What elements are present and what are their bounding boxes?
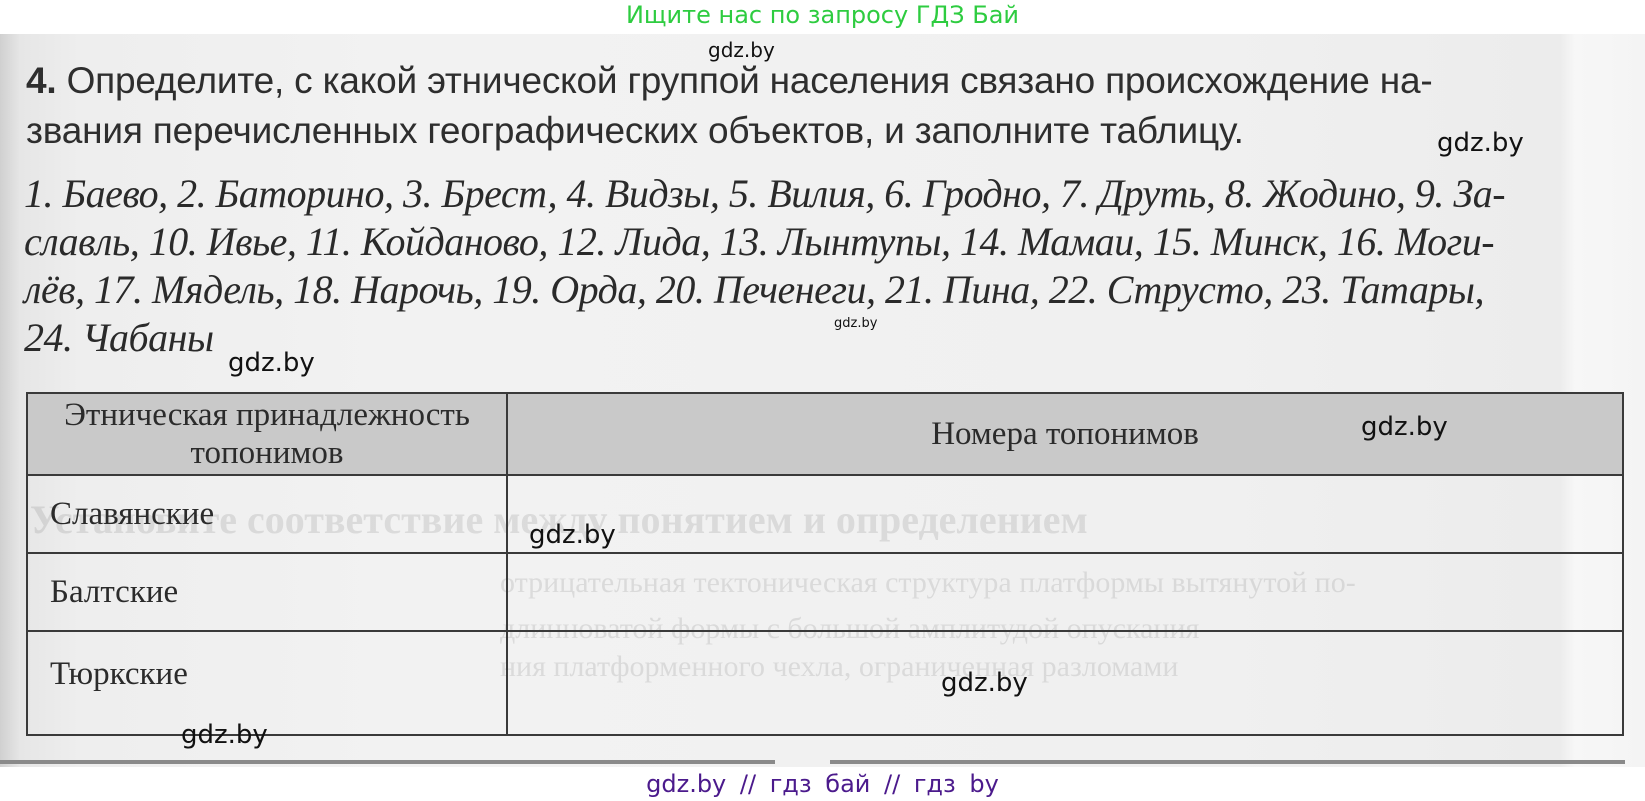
header-col1-line2: топонимов: [64, 434, 470, 472]
table-row: Балтские: [28, 554, 1622, 632]
watermark: gdz.by: [529, 520, 616, 550]
row-numbers-cell[interactable]: [508, 632, 1622, 734]
header-col1-line1: Этническая принадлежность: [64, 396, 470, 434]
watermark: gdz.by: [1437, 128, 1524, 158]
watermark: gdz.by: [834, 316, 877, 331]
toponym-list: 1. Баево, 2. Баторино, 3. Брест, 4. Видз…: [24, 170, 1634, 362]
answer-table: Этническая принадлежность топонимов Номе…: [26, 392, 1624, 736]
page-divider: [830, 760, 1625, 764]
search-prompt-text: Ищите нас по запросу ГДЗ Бай: [626, 1, 1019, 29]
watermark: gdz.by: [941, 668, 1028, 698]
watermark: gdz.by: [181, 720, 268, 750]
top-banner: Ищите нас по запросу ГДЗ Бай: [0, 0, 1645, 34]
table-row: Славянские: [28, 476, 1622, 554]
task-line-2: звания перечисленных географических объе…: [26, 106, 1626, 156]
toponym-line: лёв, 17. Мядель, 18. Нарочь, 19. Орда, 2…: [24, 266, 1634, 314]
bottom-banner: gdz.by // гдз бай // гдз by: [0, 767, 1645, 801]
header-toponym-numbers: Номера топонимов: [508, 394, 1622, 474]
table-row: Тюркские: [28, 632, 1622, 734]
toponym-line: 1. Баево, 2. Баторино, 3. Брест, 4. Видз…: [24, 170, 1634, 218]
task-line-1: 4. Определите, с какой этнической группо…: [26, 56, 1626, 106]
row-numbers-cell[interactable]: [508, 476, 1622, 552]
watermark: gdz.by: [228, 348, 315, 378]
row-numbers-cell[interactable]: [508, 554, 1622, 630]
task-text-1: Определите, с какой этнической группой н…: [67, 60, 1433, 101]
page-divider: [0, 760, 775, 764]
watermark: gdz.by: [708, 38, 775, 62]
task-number: 4.: [26, 60, 56, 101]
watermark: gdz.by: [1361, 412, 1448, 442]
header-ethnic-group: Этническая принадлежность топонимов: [28, 394, 508, 474]
row-group-label: Тюркские: [28, 632, 508, 734]
row-group-label: Балтские: [28, 554, 508, 630]
row-group-label: Славянские: [28, 476, 508, 552]
task-statement: 4. Определите, с какой этнической группо…: [26, 56, 1626, 156]
toponym-line: славль, 10. Ивье, 11. Койданово, 12. Лид…: [24, 218, 1634, 266]
site-links-text: gdz.by // гдз бай // гдз by: [646, 770, 999, 798]
